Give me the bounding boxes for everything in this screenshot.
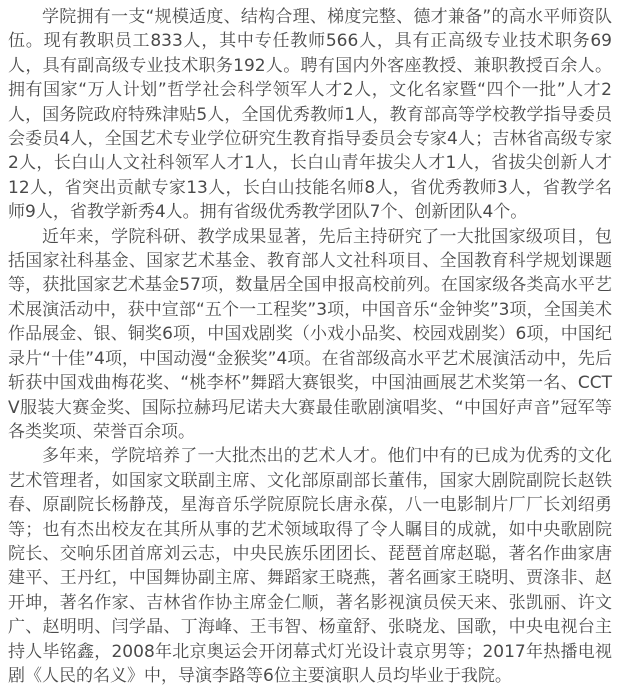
paragraph-faculty-overview: 学院拥有一支“规模适度、结构合理、梯度完整、德才兼备”的高水平师资队伍。现有教职… <box>8 5 612 225</box>
document-page: 学院拥有一支“规模适度、结构合理、梯度完整、德才兼备”的高水平师资队伍。现有教职… <box>0 0 620 687</box>
paragraph-notable-alumni: 多年来，学院培养了一大批杰出的艺术人才。他们中有的已成为优秀的文化艺术管理者，如… <box>8 444 612 687</box>
paragraph-research-achievements: 近年来，学院科研、教学成果显著，先后主持研究了一大批国家级项目，包括国家社科基金… <box>8 225 612 445</box>
